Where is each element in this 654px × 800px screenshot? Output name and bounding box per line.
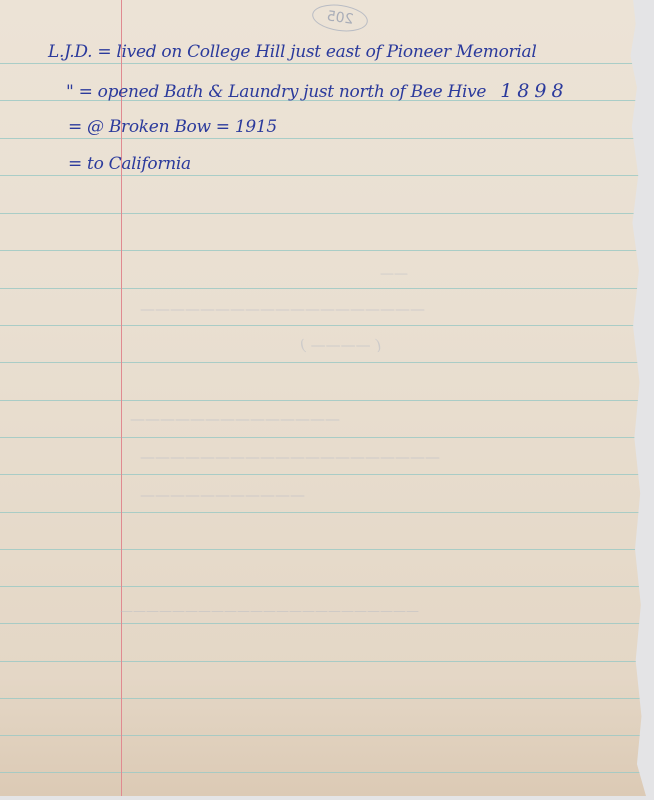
line-2-year: 1898 [500, 80, 568, 102]
rule-line [0, 175, 646, 176]
bleed-through-mark: ——————————————————————— [120, 604, 419, 619]
rule-line [0, 735, 646, 736]
rule-line [0, 288, 646, 289]
rule-line [0, 623, 646, 624]
line-2-text: " = opened Bath & Laundry just north of … [66, 82, 486, 102]
rule-line [0, 138, 646, 139]
bleed-through-mark: —————————————— [130, 410, 340, 428]
rule-line [0, 250, 646, 251]
rule-line [0, 661, 646, 662]
rule-line [0, 512, 646, 513]
rule-line [0, 362, 646, 363]
rule-line [0, 213, 646, 214]
notebook-page: 205 —— ——————————————————— ( ———— ) ————… [0, 0, 646, 796]
bleed-through-mark: —— [380, 266, 408, 282]
handwritten-line-2: " = opened Bath & Laundry just north of … [66, 80, 569, 102]
handwritten-line-3: = @ Broken Bow = 1915 [68, 117, 277, 137]
rule-line [0, 474, 646, 475]
rule-line [0, 772, 646, 773]
bleed-through-mark: ——————————— [140, 486, 305, 504]
handwritten-line-4: = to California [68, 154, 191, 174]
rule-line [0, 549, 646, 550]
rule-line [0, 586, 646, 587]
rule-line [0, 437, 646, 438]
bleed-through-mark: ——————————————————— [140, 300, 425, 318]
rule-line [0, 325, 646, 326]
rule-line [0, 400, 646, 401]
bleed-through-mark: ( ———— ) [300, 336, 381, 354]
page-number: 205 [310, 1, 369, 35]
rule-line [0, 698, 646, 699]
handwritten-line-1: L.J.D. = lived on College Hill just east… [48, 42, 536, 62]
rule-line [0, 63, 646, 64]
bleed-through-mark: ———————————————————— [140, 448, 440, 466]
